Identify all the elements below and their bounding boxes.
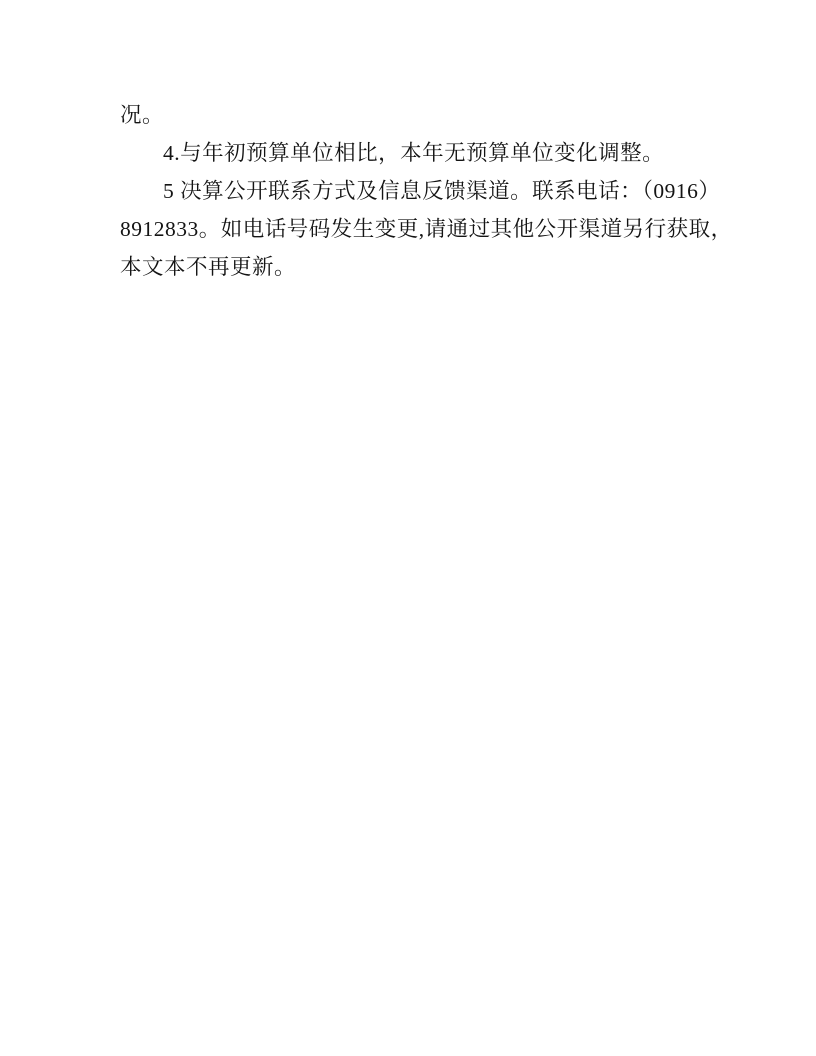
document-page: 况。 4.与年初预算单位相比，本年无预算单位变化调整。 5 决算公开联系方式及信…: [0, 0, 816, 1056]
text-line-closing: 本文本不再更新。: [120, 248, 710, 286]
text-line-phone: 8912833。如电话号码发生变更,请通过其他公开渠道另行获取，: [120, 210, 710, 248]
text-line-continuation: 况。: [120, 96, 710, 134]
text-line-item-4: 4.与年初预算单位相比，本年无预算单位变化调整。: [120, 134, 710, 172]
text-block: 况。 4.与年初预算单位相比，本年无预算单位变化调整。 5 决算公开联系方式及信…: [120, 96, 710, 286]
text-line-item-5: 5 决算公开联系方式及信息反馈渠道。联系电话：（0916）: [120, 172, 710, 210]
